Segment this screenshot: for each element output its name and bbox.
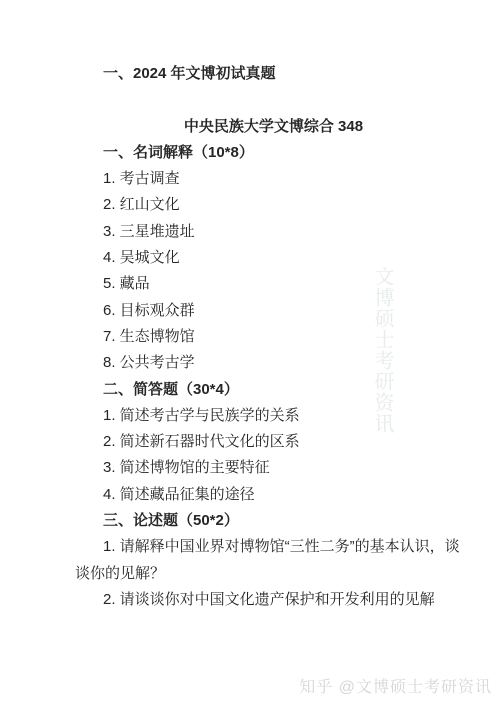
list-item: 3. 三星堆遗址 — [75, 219, 472, 245]
section-heading-short-answer: 二、简答题（30*4） — [75, 377, 472, 403]
zhihu-credit: 知乎 @文博硕士考研资讯 — [299, 674, 492, 697]
list-item: 4. 吴城文化 — [75, 245, 472, 271]
list-item: 5. 藏品 — [75, 271, 472, 297]
section-heading-essay: 三、论述题（50*2） — [75, 508, 472, 534]
list-item: 1. 考古调查 — [75, 166, 472, 192]
list-item: 6. 目标观众群 — [75, 298, 472, 324]
list-item: 1. 请解释中国业界对博物馆“三性二务”的基本认识，谈谈你的见解？ — [75, 534, 472, 587]
section-heading-terms: 一、名词解释（10*8） — [75, 140, 472, 166]
list-item: 3. 简述博物馆的主要特征 — [75, 455, 472, 481]
spacer — [75, 87, 472, 113]
exam-title: 中央民族大学文博综合 348 — [75, 114, 472, 140]
list-item: 2. 红山文化 — [75, 192, 472, 218]
list-item: 8. 公共考古学 — [75, 350, 472, 376]
list-item: 7. 生态博物馆 — [75, 324, 472, 350]
document-page: 一、2024 年文博初试真题 中央民族大学文博综合 348 一、名词解释（10*… — [0, 0, 500, 707]
main-title: 一、2024 年文博初试真题 — [75, 61, 472, 87]
list-item: 2. 请谈谈你对中国文化遗产保护和开发利用的见解 — [75, 587, 472, 613]
vertical-watermark: 文博硕士考研资讯 — [368, 266, 397, 434]
list-item: 1. 简述考古学与民族学的关系 — [75, 403, 472, 429]
exam-content: 一、2024 年文博初试真题 中央民族大学文博综合 348 一、名词解释（10*… — [0, 0, 500, 613]
list-item: 4. 简述藏品征集的途径 — [75, 482, 472, 508]
list-item: 2. 简述新石器时代文化的区系 — [75, 429, 472, 455]
